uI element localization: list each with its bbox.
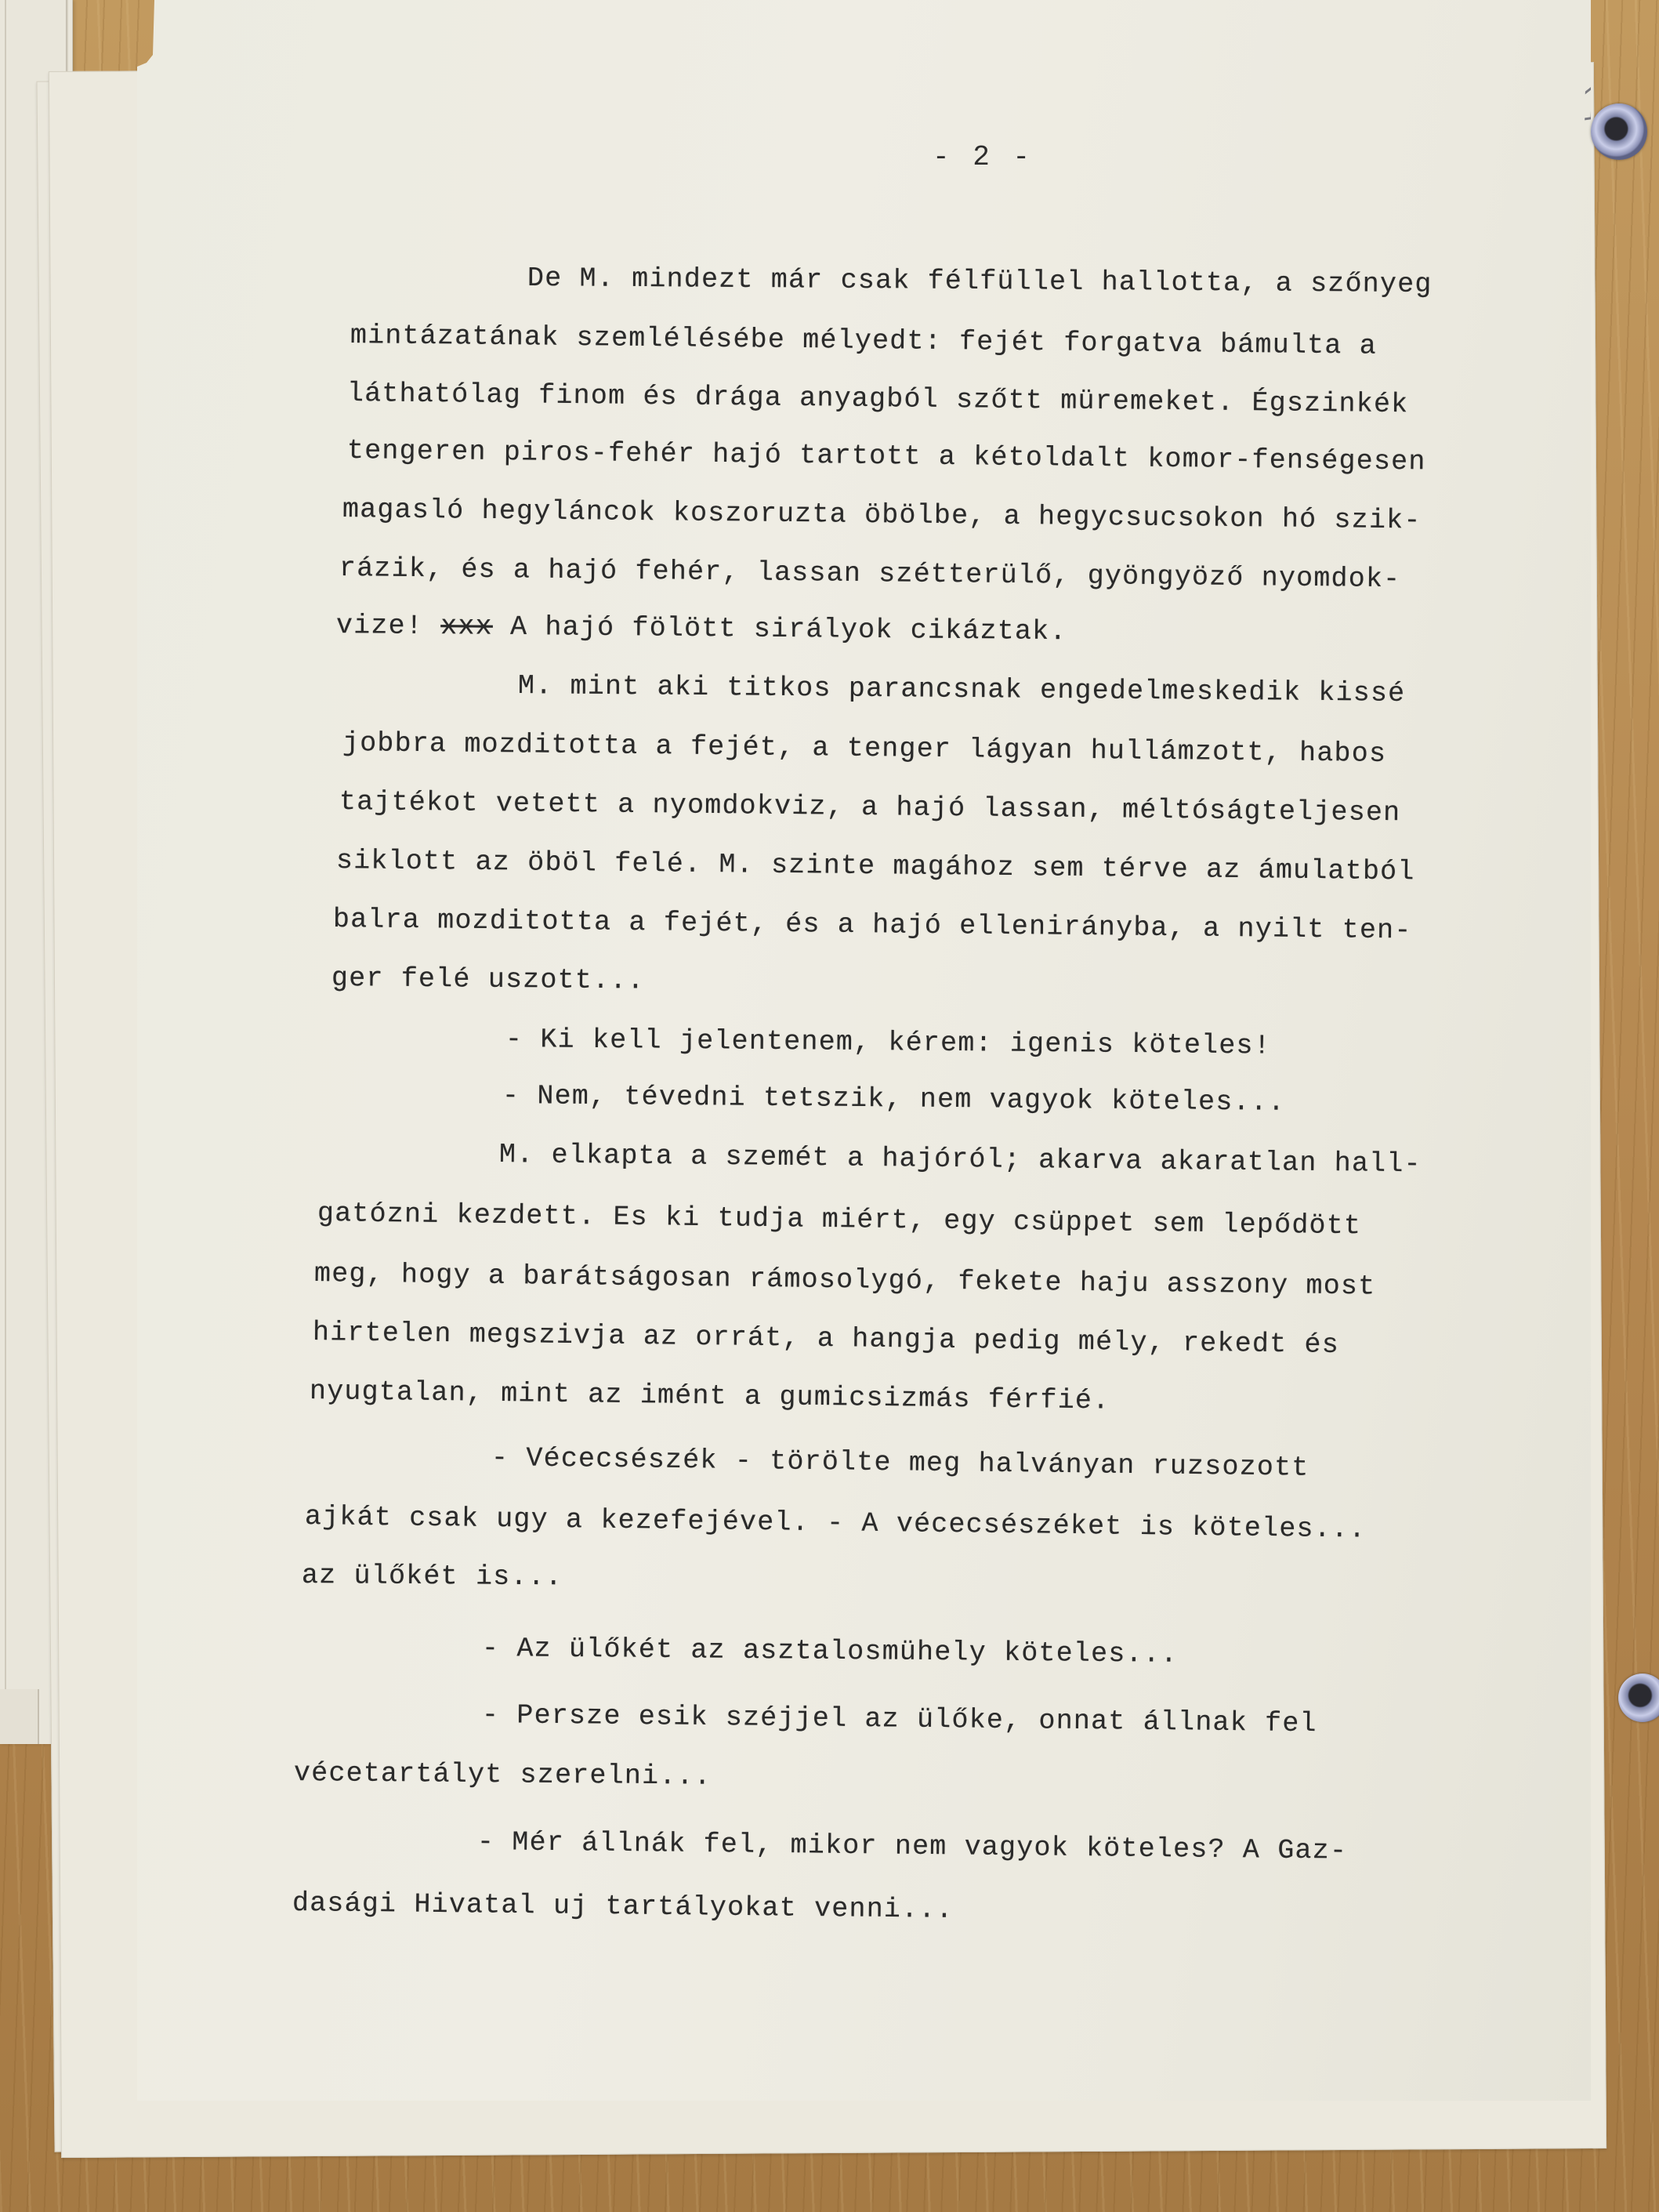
text-line: ger felé uszott...	[331, 963, 645, 996]
text-line: M. elkapta a szemét a hajóról; akarva ak…	[499, 1139, 1422, 1180]
paper-edge	[0, 1689, 39, 1744]
text-line: - Az ülőkét az asztalosmühely köteles...	[482, 1633, 1178, 1670]
metal-rivet-icon	[1618, 1674, 1659, 1722]
struck-out-text: xxx	[440, 611, 493, 643]
page-number: - 2 -	[933, 141, 1033, 173]
text-line: az ülőkét is...	[302, 1560, 563, 1593]
text-line: meg, hogy a barátságosan rámosolygó, fek…	[314, 1258, 1376, 1303]
text-line: tajtékot vetett a nyomdokviz, a hajó las…	[339, 786, 1401, 829]
text-line: magasló hegyláncok koszoruzta öbölbe, a …	[342, 494, 1422, 536]
text-line: - Persze esik széjjel az ülőke, onnat ál…	[482, 1699, 1317, 1739]
text-line: hirtelen megszivja az orrát, a hangja pe…	[313, 1317, 1339, 1361]
text-line: tengeren piros-fehér hajó tartott a kéto…	[347, 435, 1426, 477]
text-line: ajkát csak ugy a kezefejével. - A vécecs…	[305, 1501, 1367, 1546]
text-line: siklott az öböl felé. M. szinte magához …	[336, 845, 1415, 887]
text-line: De M. mindezt már csak félfüllel hallott…	[527, 263, 1433, 300]
text-line: vize! xxx A hajó fölött sirályok cikázta…	[336, 610, 1067, 647]
text-line: gatózni kezdett. Es ki tudja miért, egy …	[317, 1198, 1362, 1242]
text-line: - Ki kell jelentenem, kérem: igenis köte…	[505, 1024, 1271, 1062]
metal-rivet-icon	[1591, 103, 1647, 160]
typewritten-page: - 2 - 10 De M. mindezt már csak félfülle…	[137, 0, 1591, 2101]
text-line: vécetartályt szerelni...	[294, 1757, 712, 1793]
text-line: mintázatának szemlélésébe mélyedt: fejét…	[350, 320, 1377, 362]
text-line: dasági Hivatal uj tartályokat venni...	[292, 1887, 954, 1926]
text-line: jobbra mozditotta a fejét, a tenger lágy…	[342, 727, 1387, 770]
text-line: láthatólag finom és drága anyagból szőtt…	[347, 378, 1409, 420]
text-line: rázik, és a hajó fehér, lassan szétterül…	[339, 553, 1401, 595]
text-line: nyugtalan, mint az imént a gumicsizmás f…	[310, 1376, 1110, 1416]
paper-edge	[5, 0, 6, 1744]
text-line: - Vécecsészék - törölte meg halványan ru…	[491, 1442, 1309, 1484]
text-line: M. mint aki titkos parancsnak engedelmes…	[518, 670, 1406, 709]
text-line: - Nem, tévedni tetszik, nem vagyok kötel…	[502, 1080, 1285, 1119]
text-line: - Mér állnák fel, mikor nem vagyok kötel…	[477, 1826, 1348, 1867]
text-line: balra mozditotta a fejét, és a hajó elle…	[333, 904, 1412, 946]
